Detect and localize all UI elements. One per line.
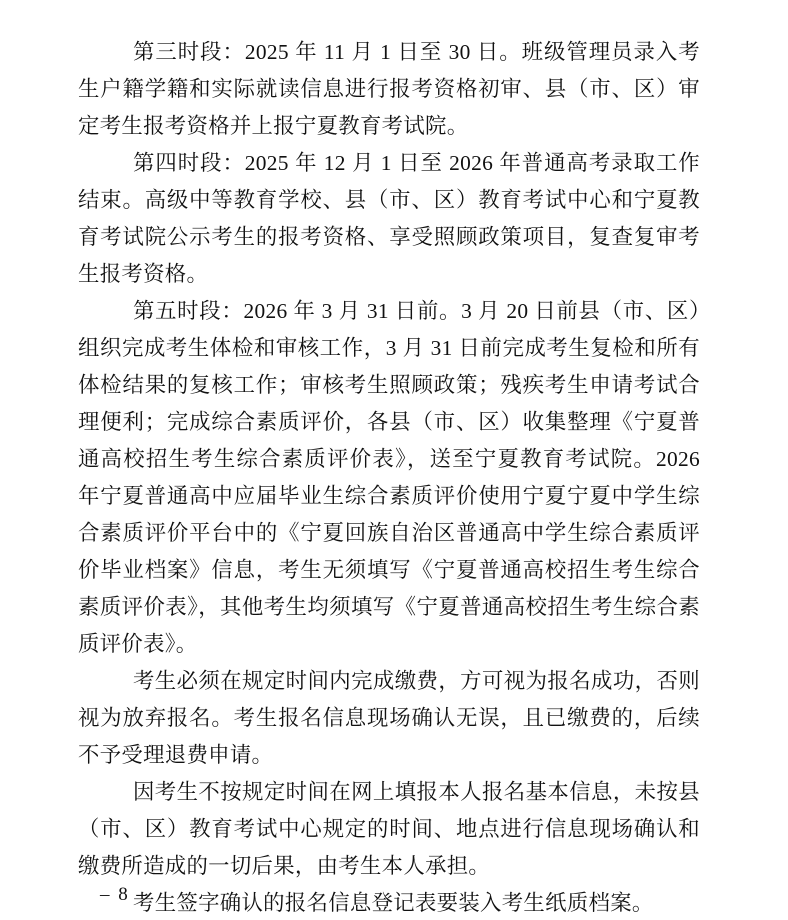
document-page: 第三时段：2025 年 11 月 1 日至 30 日。班级管理员录入考生户籍学籍… — [0, 0, 788, 920]
body-paragraph: 第五时段：2026 年 3 月 31 日前。3 月 20 日前县（市、区）组织完… — [78, 293, 700, 663]
body-paragraph: 第四时段：2025 年 12 月 1 日至 2026 年普通高考录取工作结束。高… — [78, 145, 700, 293]
body-paragraph: 因考生不按规定时间在网上填报本人报名基本信息，未按县（市、区）教育考试中心规定的… — [78, 774, 700, 885]
document-body: 第三时段：2025 年 11 月 1 日至 30 日。班级管理员录入考生户籍学籍… — [78, 34, 700, 920]
body-paragraph: 第三时段：2025 年 11 月 1 日至 30 日。班级管理员录入考生户籍学籍… — [78, 34, 700, 145]
body-paragraph: 考生签字确认的报名信息登记表要装入考生纸质档案。 — [78, 885, 700, 920]
body-paragraph: 考生必须在规定时间内完成缴费，方可视为报名成功，否则视为放弃报名。考生报名信息现… — [78, 663, 700, 774]
page-number: – 8 – — [100, 884, 148, 906]
